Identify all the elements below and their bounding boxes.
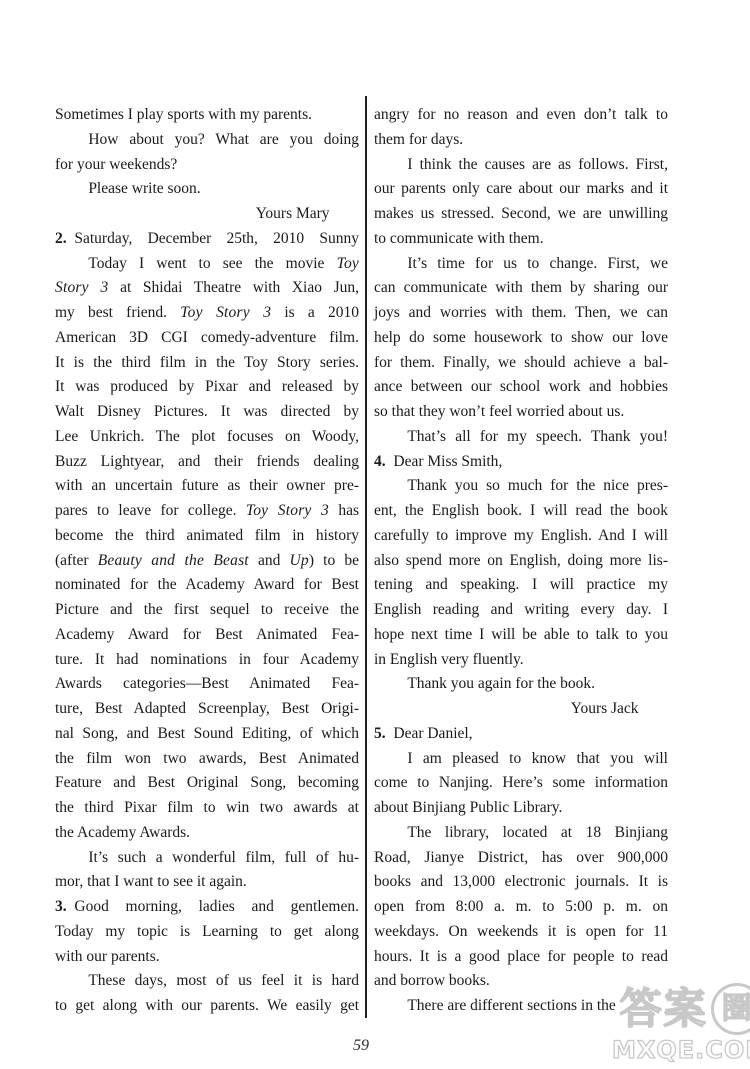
text-line: That’s all for my speech. Thank you! (374, 425, 668, 450)
text-line: Walt Disney Pictures. It was directed by (55, 400, 359, 425)
text-line: nal Song, and Best Sound Editing, of whi… (55, 722, 359, 747)
text-line: Yours Mary (55, 202, 359, 227)
text-line: 4. Dear Miss Smith, (374, 450, 668, 475)
page-number: 59 (0, 1037, 722, 1055)
text-line: hours. It is a good place for people to … (374, 945, 668, 970)
text-line: ture, Best Adapted Screenplay, Best Orig… (55, 697, 359, 722)
text-line: become the third animated film in histor… (55, 524, 359, 549)
text-line: them for days. (374, 128, 668, 153)
text-line: weekdays. On weekends it is open for 11 (374, 920, 668, 945)
text-line: about Binjiang Public Library. (374, 796, 668, 821)
text-line: our parents only care about our marks an… (374, 177, 668, 202)
text-line: There are different sections in the (374, 994, 668, 1019)
text-line: help do some housework to show our love (374, 326, 668, 351)
text-line: It’s time for us to change. First, we (374, 252, 668, 277)
column-divider (365, 96, 367, 1018)
text-line: Thank you again for the book. (374, 672, 668, 697)
text-line: English reading and writing every day. I (374, 598, 668, 623)
text-line: so that they won’t feel worried about us… (374, 400, 668, 425)
text-line: Please write soon. (55, 177, 359, 202)
text-line: I am pleased to know that you will (374, 747, 668, 772)
text-line: Thank you so much for the nice pres- (374, 474, 668, 499)
text-line: open from 8:00 a. m. to 5:00 p. m. on (374, 895, 668, 920)
text-line: 2. Saturday, December 25th, 2010 Sunny (55, 227, 359, 252)
text-line: Awards categories—Best Animated Fea- (55, 672, 359, 697)
page: 答案 圈 MXQE.COM Sometimes I play sports wi… (0, 0, 750, 1069)
text-line: 5. Dear Daniel, (374, 722, 668, 747)
text-line: for them. Finally, we should achieve a b… (374, 351, 668, 376)
left-column: Sometimes I play sports with my parents.… (55, 103, 359, 1019)
text-line: It’s such a wonderful film, full of hu- (55, 846, 359, 871)
text-line: These days, most of us feel it is hard (55, 969, 359, 994)
text-line: (after Beauty and the Beast and Up) to b… (55, 549, 359, 574)
text-line: the third Pixar film to win two awards a… (55, 796, 359, 821)
text-line: 3. Good morning, ladies and gentlemen. (55, 895, 359, 920)
text-line: It is the third film in the Toy Story se… (55, 351, 359, 376)
text-line: Lee Unkrich. The plot focuses on Woody, (55, 425, 359, 450)
text-line: Today I went to see the movie Toy (55, 252, 359, 277)
text-line: Buzz Lightyear, and their friends dealin… (55, 450, 359, 475)
text-line: ance between our school work and hobbies (374, 375, 668, 400)
text-line: The library, located at 18 Binjiang (374, 821, 668, 846)
text-line: also spend more on English, doing more l… (374, 549, 668, 574)
text-line: ent, the English book. I will read the b… (374, 499, 668, 524)
text-line: the Academy Awards. (55, 821, 359, 846)
text-line: in English very fluently. (374, 648, 668, 673)
text-line: ture. It had nominations in four Academy (55, 648, 359, 673)
text-line: Today my topic is Learning to get along (55, 920, 359, 945)
text-line: It was produced by Pixar and released by (55, 375, 359, 400)
text-line: my best friend. Toy Story 3 is a 2010 (55, 301, 359, 326)
text-line: Feature and Best Original Song, becoming (55, 771, 359, 796)
text-line: Road, Jianye District, has over 900,000 (374, 846, 668, 871)
text-line: books and 13,000 electronic journals. It… (374, 870, 668, 895)
text-line: Picture and the first sequel to receive … (55, 598, 359, 623)
text-line: Story 3 at Shidai Theatre with Xiao Jun, (55, 276, 359, 301)
text-line: Yours Jack (374, 697, 668, 722)
text-line: American 3D CGI comedy-adventure film. (55, 326, 359, 351)
text-line: nominated for the Academy Award for Best (55, 573, 359, 598)
text-line: and borrow books. (374, 969, 668, 994)
text-line: makes us stressed. Second, we are unwill… (374, 202, 668, 227)
text-line: with an uncertain future as their owner … (55, 474, 359, 499)
text-line: to communicate with them. (374, 227, 668, 252)
text-line: with our parents. (55, 945, 359, 970)
text-line: can communicate with them by sharing our (374, 276, 668, 301)
text-line: How about you? What are you doing (55, 128, 359, 153)
text-line: joys and worries with them. Then, we can (374, 301, 668, 326)
text-line: to get along with our parents. We easily… (55, 994, 359, 1019)
text-line: Sometimes I play sports with my parents. (55, 103, 359, 128)
text-line: I think the causes are as follows. First… (374, 153, 668, 178)
text-line: pares to leave for college. Toy Story 3 … (55, 499, 359, 524)
watermark-circle-icon: 圈 (711, 983, 750, 1035)
text-line: come to Nanjing. Here’s some information (374, 771, 668, 796)
text-line: Academy Award for Best Animated Fea- (55, 623, 359, 648)
text-line: mor, that I want to see it again. (55, 870, 359, 895)
right-column: angry for no reason and even don’t talk … (374, 103, 668, 1019)
text-line: the film won two awards, Best Animated (55, 747, 359, 772)
text-line: carefully to improve my English. And I w… (374, 524, 668, 549)
text-line: tening and speaking. I will practice my (374, 573, 668, 598)
text-line: hope next time I will be able to talk to… (374, 623, 668, 648)
text-line: angry for no reason and even don’t talk … (374, 103, 668, 128)
watermark-circle-char: 圈 (722, 994, 750, 1024)
text-line: for your weekends? (55, 153, 359, 178)
